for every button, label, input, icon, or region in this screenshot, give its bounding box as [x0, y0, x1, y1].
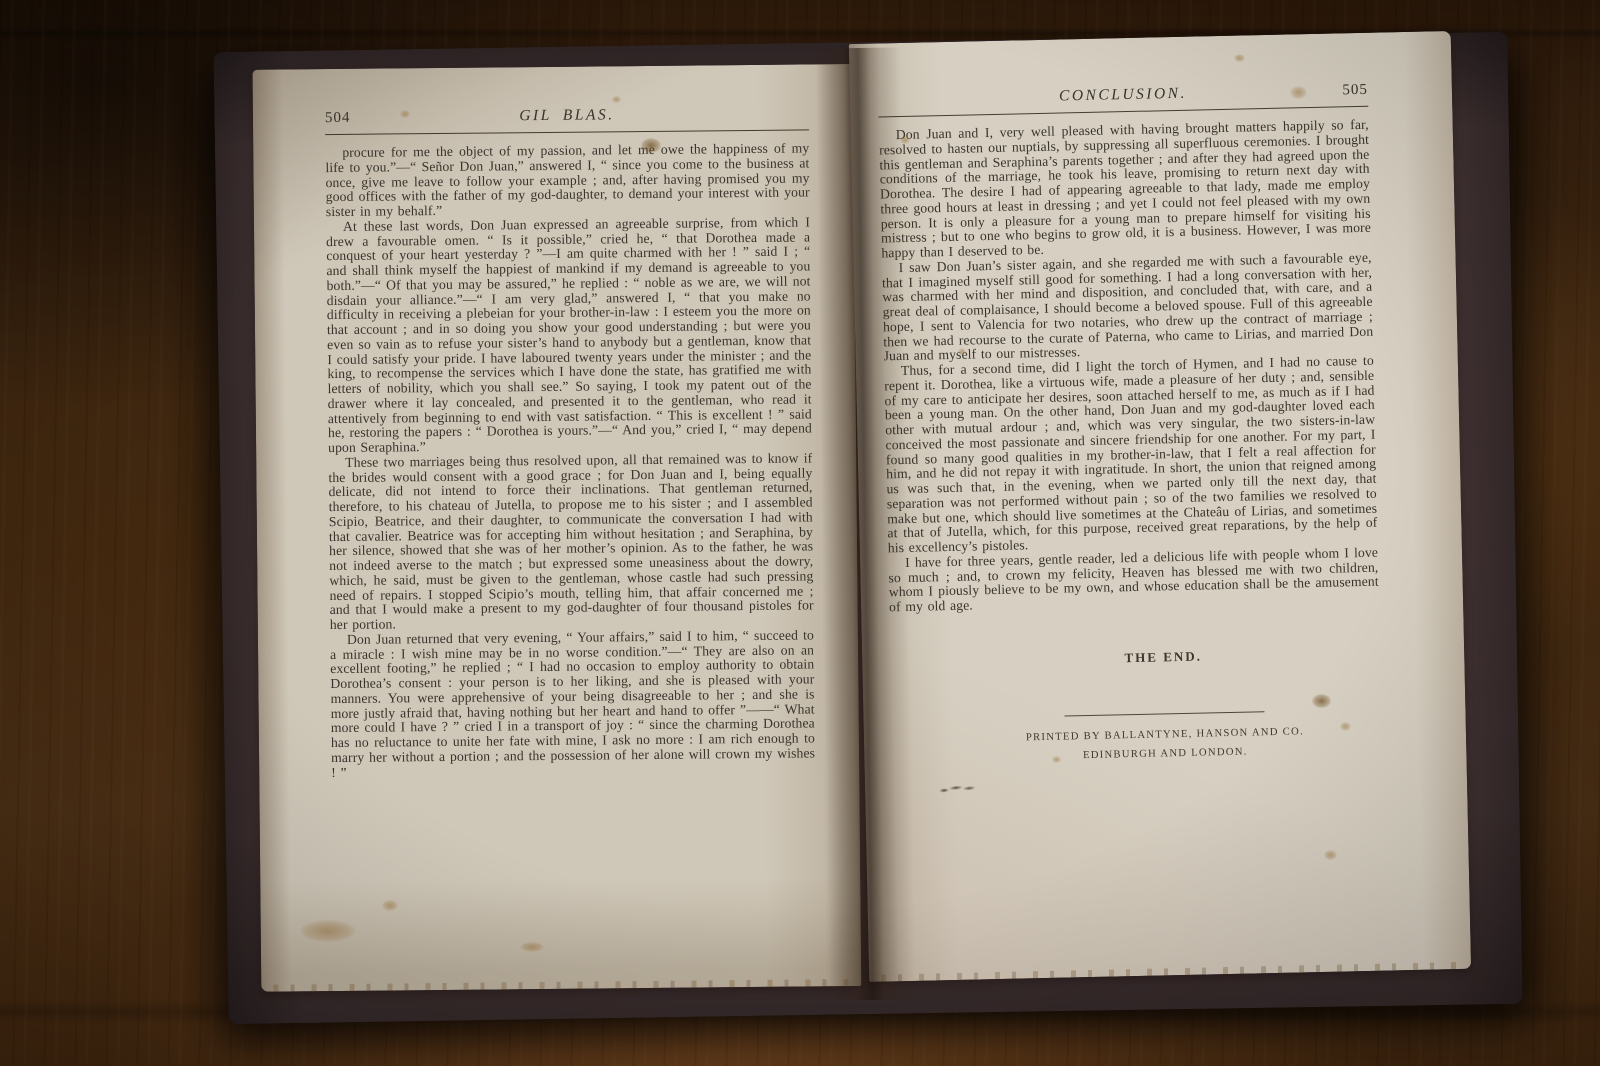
- right-page-number: 505: [1342, 82, 1368, 100]
- left-running-title: GIL BLAS.: [519, 106, 614, 125]
- left-page-body: procure for me the object of my passion,…: [325, 141, 815, 780]
- paragraph: procure for me the object of my passion,…: [325, 141, 810, 219]
- left-head-spacer: [615, 117, 809, 119]
- paragraph: These two marriages being thus resolved …: [328, 451, 814, 633]
- right-page-body: Don Juan and I, very well pleased with h…: [879, 118, 1380, 615]
- printer-imprint: PRINTED BY BALLANTYNE, HANSON AND CO. ED…: [864, 707, 1467, 770]
- left-running-head: 504 GIL BLAS.: [325, 104, 809, 135]
- paragraph: At these last words, Don Juan expressed …: [326, 215, 812, 456]
- paragraph: I have for three years, gentle reader, l…: [888, 545, 1379, 615]
- left-page-number: 504: [325, 110, 351, 127]
- paragraph: Thus, for a second time, did I light the…: [884, 354, 1378, 556]
- book-photo-scene: 504 GIL BLAS. procure for me the object …: [0, 0, 1600, 1066]
- left-page: 504 GIL BLAS. procure for me the object …: [252, 64, 861, 992]
- paragraph: Don Juan and I, very well pleased with h…: [879, 118, 1372, 261]
- right-running-title: CONCLUSION.: [1059, 85, 1187, 106]
- right-page: CONCLUSION. 505 Don Juan and I, very wel…: [849, 31, 1471, 982]
- paragraph: Don Juan returned that very evening, “ Y…: [330, 628, 815, 780]
- the-end-label: THE END.: [862, 643, 1464, 672]
- right-running-head: CONCLUSION. 505: [878, 81, 1368, 118]
- imprint-rule: [1064, 711, 1264, 716]
- right-head-spacer: [878, 101, 1059, 105]
- paragraph: I saw Don Juan’s sister again, and she r…: [882, 250, 1374, 364]
